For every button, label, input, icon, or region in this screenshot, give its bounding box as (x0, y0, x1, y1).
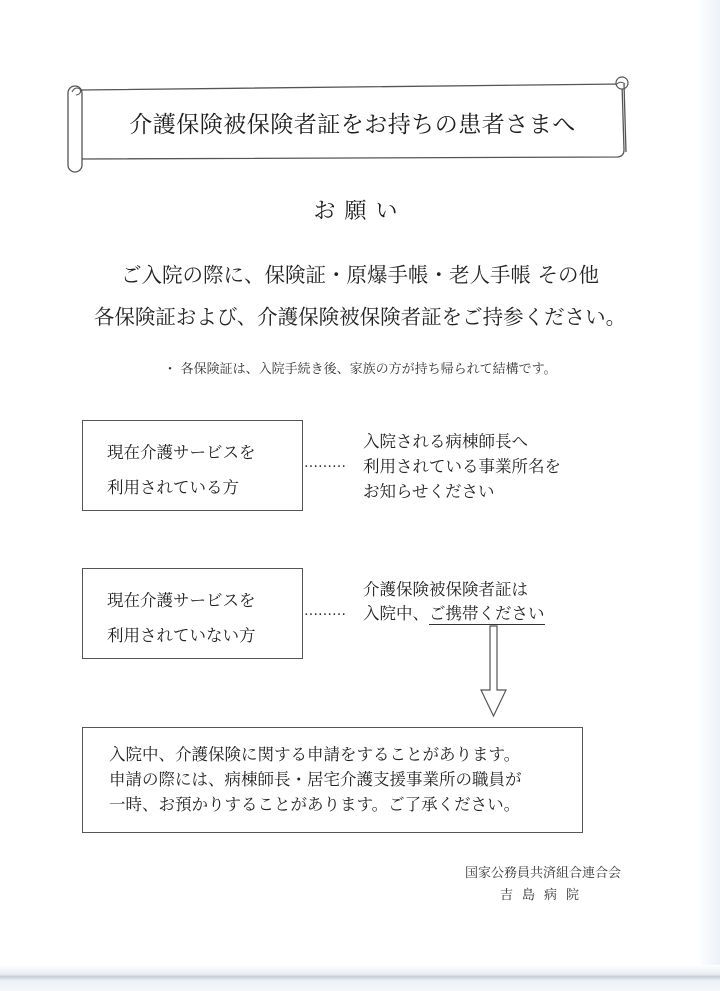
down-arrow-icon (478, 622, 510, 718)
note-line: ・ 各保険証は、入院手続き後、家族の方が持ち帰られて結構です。 (0, 358, 720, 377)
case-box-line: 現在介護サービスを (107, 439, 256, 463)
intro-line-1: ご入院の際に、保険証・原爆手帳・老人手帳 その他 (0, 258, 720, 288)
case-box-not-using-service: 現在介護サービスを 利用されていない方 (82, 568, 303, 659)
footer-organization: 国家公務員共済組合連合会 (465, 862, 621, 881)
instruction-line: 利用されている事業所名を (363, 453, 561, 477)
intro-line-2: 各保険証および、介護保険被保険者証をご持参ください。 (0, 300, 720, 330)
page-heading: お願い (0, 194, 720, 225)
instruction-line: お知らせください (363, 478, 495, 502)
paper-edge-bottom (0, 965, 720, 991)
instruction-line: 入院中、ご携帯ください (363, 600, 545, 624)
dotted-connector: ……… (304, 603, 346, 619)
instruction-text: 入院中、 (363, 604, 429, 623)
paper-edge-right (700, 0, 720, 991)
notice-line: 一時、お預かりすることがあります。ご了承ください。 (109, 791, 520, 815)
case-box-line: 利用されていない方 (107, 622, 256, 646)
case-box-using-service: 現在介護サービスを 利用されている方 (82, 420, 303, 511)
case-box-line: 利用されている方 (107, 474, 239, 498)
case-box-line: 現在介護サービスを (107, 587, 256, 611)
dotted-connector: ……… (304, 455, 346, 471)
notice-line: 入院中、介護保険に関する申請をすることがあります。 (109, 741, 520, 765)
instruction-line: 介護保険被保険者証は (363, 576, 528, 600)
notice-box: 入院中、介護保険に関する申請をすることがあります。 申請の際には、病棟師長・居宅… (82, 727, 583, 833)
banner-title: 介護保険被保険者証をお持ちの患者さまへ (80, 106, 625, 139)
notice-line: 申請の際には、病棟師長・居宅介護支援事業所の職員が (109, 766, 522, 790)
footer-hospital: 吉島病院 (500, 884, 588, 903)
instruction-line: 入院される病棟師長へ (363, 428, 528, 452)
